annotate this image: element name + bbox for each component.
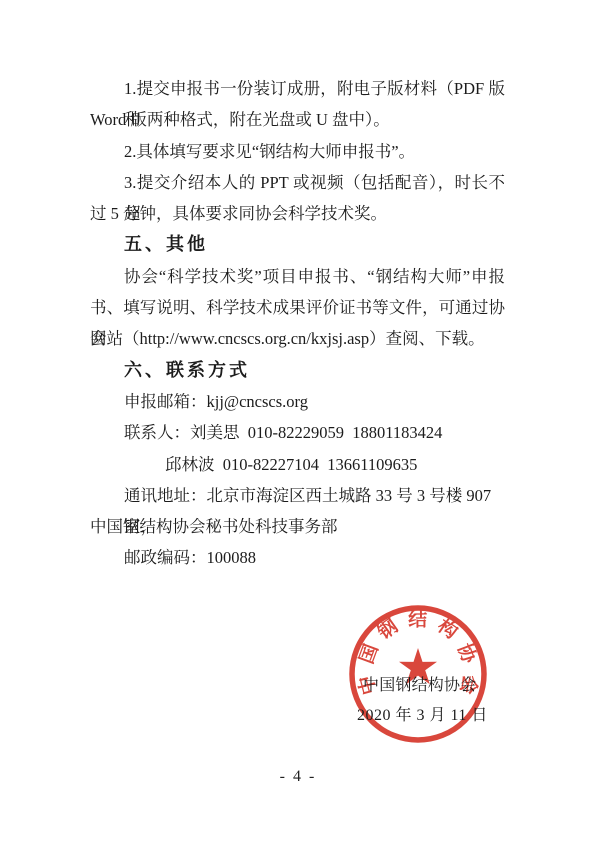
numbered-item-1-line-1: 1.提交申报书一份装订成册，附电子版材料（PDF 版和 <box>90 73 505 104</box>
contact-person-line-1: 联系人：刘美思 010-82229059 18801183424 <box>90 417 505 448</box>
section-five-paragraph-line-1: 协会“科学技术奖”项目申报书、“钢结构大师”申报 <box>90 261 505 292</box>
section-heading-six: 六、联系方式 <box>90 355 505 386</box>
postal-code-line: 邮政编码：100088 <box>90 542 505 573</box>
numbered-item-3-line-2: 过 5 分钟，具体要求同协会科学技术奖。 <box>90 198 505 229</box>
page-number: - 4 - <box>0 768 596 786</box>
postal-address-line-2: 中国钢结构协会秘书处科技事务部 <box>90 511 505 542</box>
signature-date: 2020 年 3 月 11 日 <box>357 702 488 725</box>
document-page: 1.提交申报书一份装订成册，附电子版材料（PDF 版和 Word 版两种格式，附… <box>0 0 596 842</box>
document-text-block: 1.提交申报书一份装订成册，附电子版材料（PDF 版和 Word 版两种格式，附… <box>90 73 505 574</box>
numbered-item-3-line-1: 3.提交介绍本人的 PPT 或视频（包括配音），时长不超 <box>90 167 505 198</box>
numbered-item-2: 2.具体填写要求见“钢结构大师申报书”。 <box>90 136 505 167</box>
section-five-paragraph-line-2: 书、填写说明、科学技术成果评价证书等文件，可通过协会 <box>90 292 505 323</box>
postal-address-line-1: 通讯地址：北京市海淀区西土城路 33 号 3 号楼 907 室， <box>90 480 505 511</box>
contact-person-line-2: 邱林波 010-82227104 13661109635 <box>90 449 505 480</box>
signature-org-name: 中国钢结构协会 <box>363 672 476 695</box>
numbered-item-1-line-2: Word 版两种格式，附在光盘或 U 盘中）。 <box>90 104 505 135</box>
contact-email-line: 申报邮箱：kjj@cncscs.org <box>90 386 505 417</box>
section-five-paragraph-line-3: 网站（http://www.cncscs.org.cn/kxjsj.asp）查阅… <box>90 323 505 354</box>
section-heading-five: 五、其他 <box>90 229 505 260</box>
